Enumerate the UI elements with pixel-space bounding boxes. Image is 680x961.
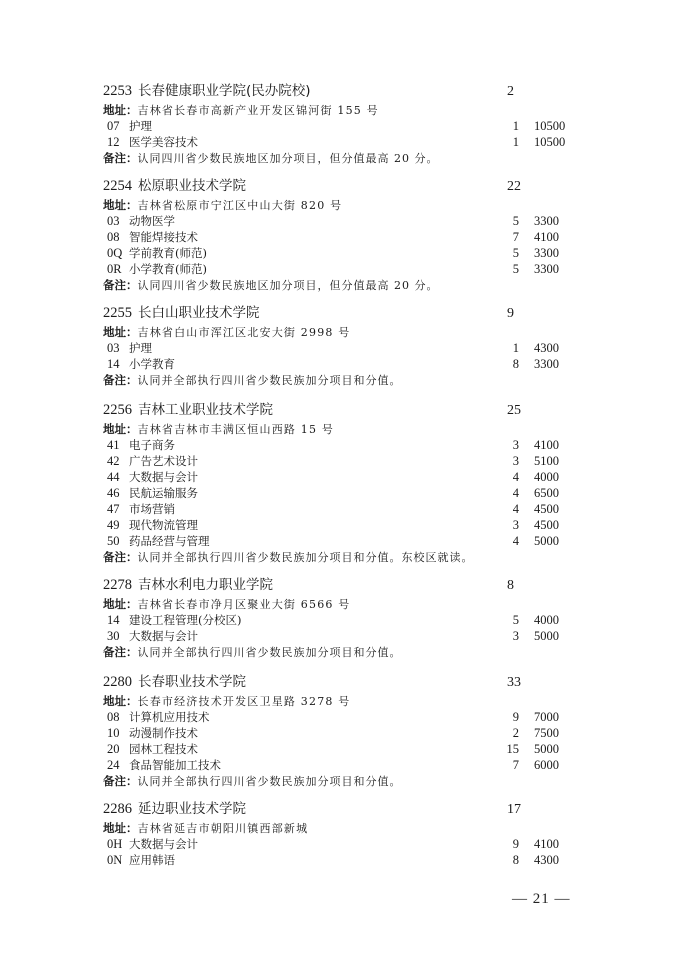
school-total-quota: 22 [507, 177, 521, 196]
school-code: 2253 [103, 83, 132, 99]
school-note: 备注：认同并全部执行四川省少数民族加分项目和分值。 [103, 372, 583, 388]
school-name: 吉林工业职业技术学院 [138, 402, 273, 418]
major-row: 03护理14300 [103, 340, 583, 356]
school-code: 2278 [103, 577, 132, 593]
school-entry: 2256吉林工业职业技术学院 25 地址：吉林省吉林市丰满区恒山西路 15 号 … [103, 401, 583, 565]
school-total-quota: 9 [507, 304, 514, 323]
school-entry: 2278吉林水利电力职业学院 8 地址：吉林省长春市净月区聚业大街 6566 号… [103, 576, 583, 660]
school-address: 地址：吉林省延吉市朝阳川镇西部新城 [103, 820, 583, 836]
major-row: 46民航运输服务46500 [103, 485, 583, 501]
major-row: 24食品智能加工技术76000 [103, 757, 583, 773]
major-row: 12医学美容技术110500 [103, 134, 583, 150]
school-note: 备注：认同并全部执行四川省少数民族加分项目和分值。 [103, 644, 583, 660]
school-entry: 2254松原职业技术学院 22 地址：吉林省松原市宁江区中山大街 820 号 0… [103, 177, 583, 293]
school-total-quota: 2 [507, 82, 514, 101]
school-address: 地址：吉林省长春市高新产业开发区锦河街 155 号 [103, 102, 583, 118]
major-row: 20园林工程技术155000 [103, 741, 583, 757]
school-note: 备注：认同四川省少数民族地区加分项目，但分值最高 20 分。 [103, 277, 583, 293]
school-name: 长春职业技术学院 [138, 674, 246, 690]
school-code: 2286 [103, 801, 132, 817]
school-name: 松原职业技术学院 [138, 178, 246, 194]
major-row: 14建设工程管理(分校区)54000 [103, 612, 583, 628]
school-note: 备注：认同并全部执行四川省少数民族加分项目和分值。东校区就读。 [103, 549, 583, 565]
school-name: 吉林水利电力职业学院 [138, 577, 273, 593]
school-header: 2254松原职业技术学院 22 [103, 177, 583, 196]
school-header: 2255长白山职业技术学院 9 [103, 304, 583, 323]
major-row: 47市场营销44500 [103, 501, 583, 517]
school-total-quota: 25 [507, 401, 521, 420]
school-entry: 2286延边职业技术学院 17 地址：吉林省延吉市朝阳川镇西部新城 0H大数据与… [103, 800, 583, 868]
major-row: 30大数据与会计35000 [103, 628, 583, 644]
major-row: 08智能焊接技术74100 [103, 229, 583, 245]
school-header: 2278吉林水利电力职业学院 8 [103, 576, 583, 595]
school-code: 2256 [103, 402, 132, 418]
school-total-quota: 17 [507, 800, 521, 819]
school-code: 2280 [103, 674, 132, 690]
school-name: 长春健康职业学院(民办院校) [138, 83, 311, 99]
document-page: 2253长春健康职业学院(民办院校) 2 地址：吉林省长春市高新产业开发区锦河街… [0, 0, 680, 961]
major-row: 14小学教育83300 [103, 356, 583, 372]
major-row: 08计算机应用技术97000 [103, 709, 583, 725]
major-row: 42广告艺术设计35100 [103, 453, 583, 469]
school-address: 地址：吉林省白山市浑江区北安大街 2998 号 [103, 324, 583, 340]
school-header: 2256吉林工业职业技术学院 25 [103, 401, 583, 420]
school-address: 地址：长春市经济技术开发区卫星路 3278 号 [103, 693, 583, 709]
major-row: 44大数据与会计44000 [103, 469, 583, 485]
school-name: 延边职业技术学院 [138, 801, 246, 817]
school-note: 备注：认同并全部执行四川省少数民族加分项目和分值。 [103, 773, 583, 789]
major-row: 0R小学教育(师范)53300 [103, 261, 583, 277]
school-header: 2280长春职业技术学院 33 [103, 673, 583, 692]
major-row: 50药品经营与管理45000 [103, 533, 583, 549]
school-total-quota: 8 [507, 576, 514, 595]
major-row: 0H大数据与会计94100 [103, 836, 583, 852]
school-address: 地址：吉林省长春市净月区聚业大街 6566 号 [103, 596, 583, 612]
school-entry: 2253长春健康职业学院(民办院校) 2 地址：吉林省长春市高新产业开发区锦河街… [103, 82, 583, 166]
major-row: 0Q学前教育(师范)53300 [103, 245, 583, 261]
school-header: 2286延边职业技术学院 17 [103, 800, 583, 819]
school-address: 地址：吉林省吉林市丰满区恒山西路 15 号 [103, 421, 583, 437]
major-row: 49现代物流管理34500 [103, 517, 583, 533]
school-code: 2255 [103, 305, 132, 321]
major-row: 0N应用韩语84300 [103, 852, 583, 868]
school-name: 长白山职业技术学院 [138, 305, 260, 321]
school-address: 地址：吉林省松原市宁江区中山大街 820 号 [103, 197, 583, 213]
school-total-quota: 33 [507, 673, 521, 692]
page-number: — 21 — [512, 891, 571, 908]
major-row: 07护理110500 [103, 118, 583, 134]
school-entry: 2255长白山职业技术学院 9 地址：吉林省白山市浑江区北安大街 2998 号 … [103, 304, 583, 388]
school-header: 2253长春健康职业学院(民办院校) 2 [103, 82, 583, 101]
major-row: 41电子商务34100 [103, 437, 583, 453]
major-row: 03动物医学53300 [103, 213, 583, 229]
major-row: 10动漫制作技术27500 [103, 725, 583, 741]
school-code: 2254 [103, 178, 132, 194]
school-note: 备注：认同四川省少数民族地区加分项目，但分值最高 20 分。 [103, 150, 583, 166]
school-entry: 2280长春职业技术学院 33 地址：长春市经济技术开发区卫星路 3278 号 … [103, 673, 583, 789]
